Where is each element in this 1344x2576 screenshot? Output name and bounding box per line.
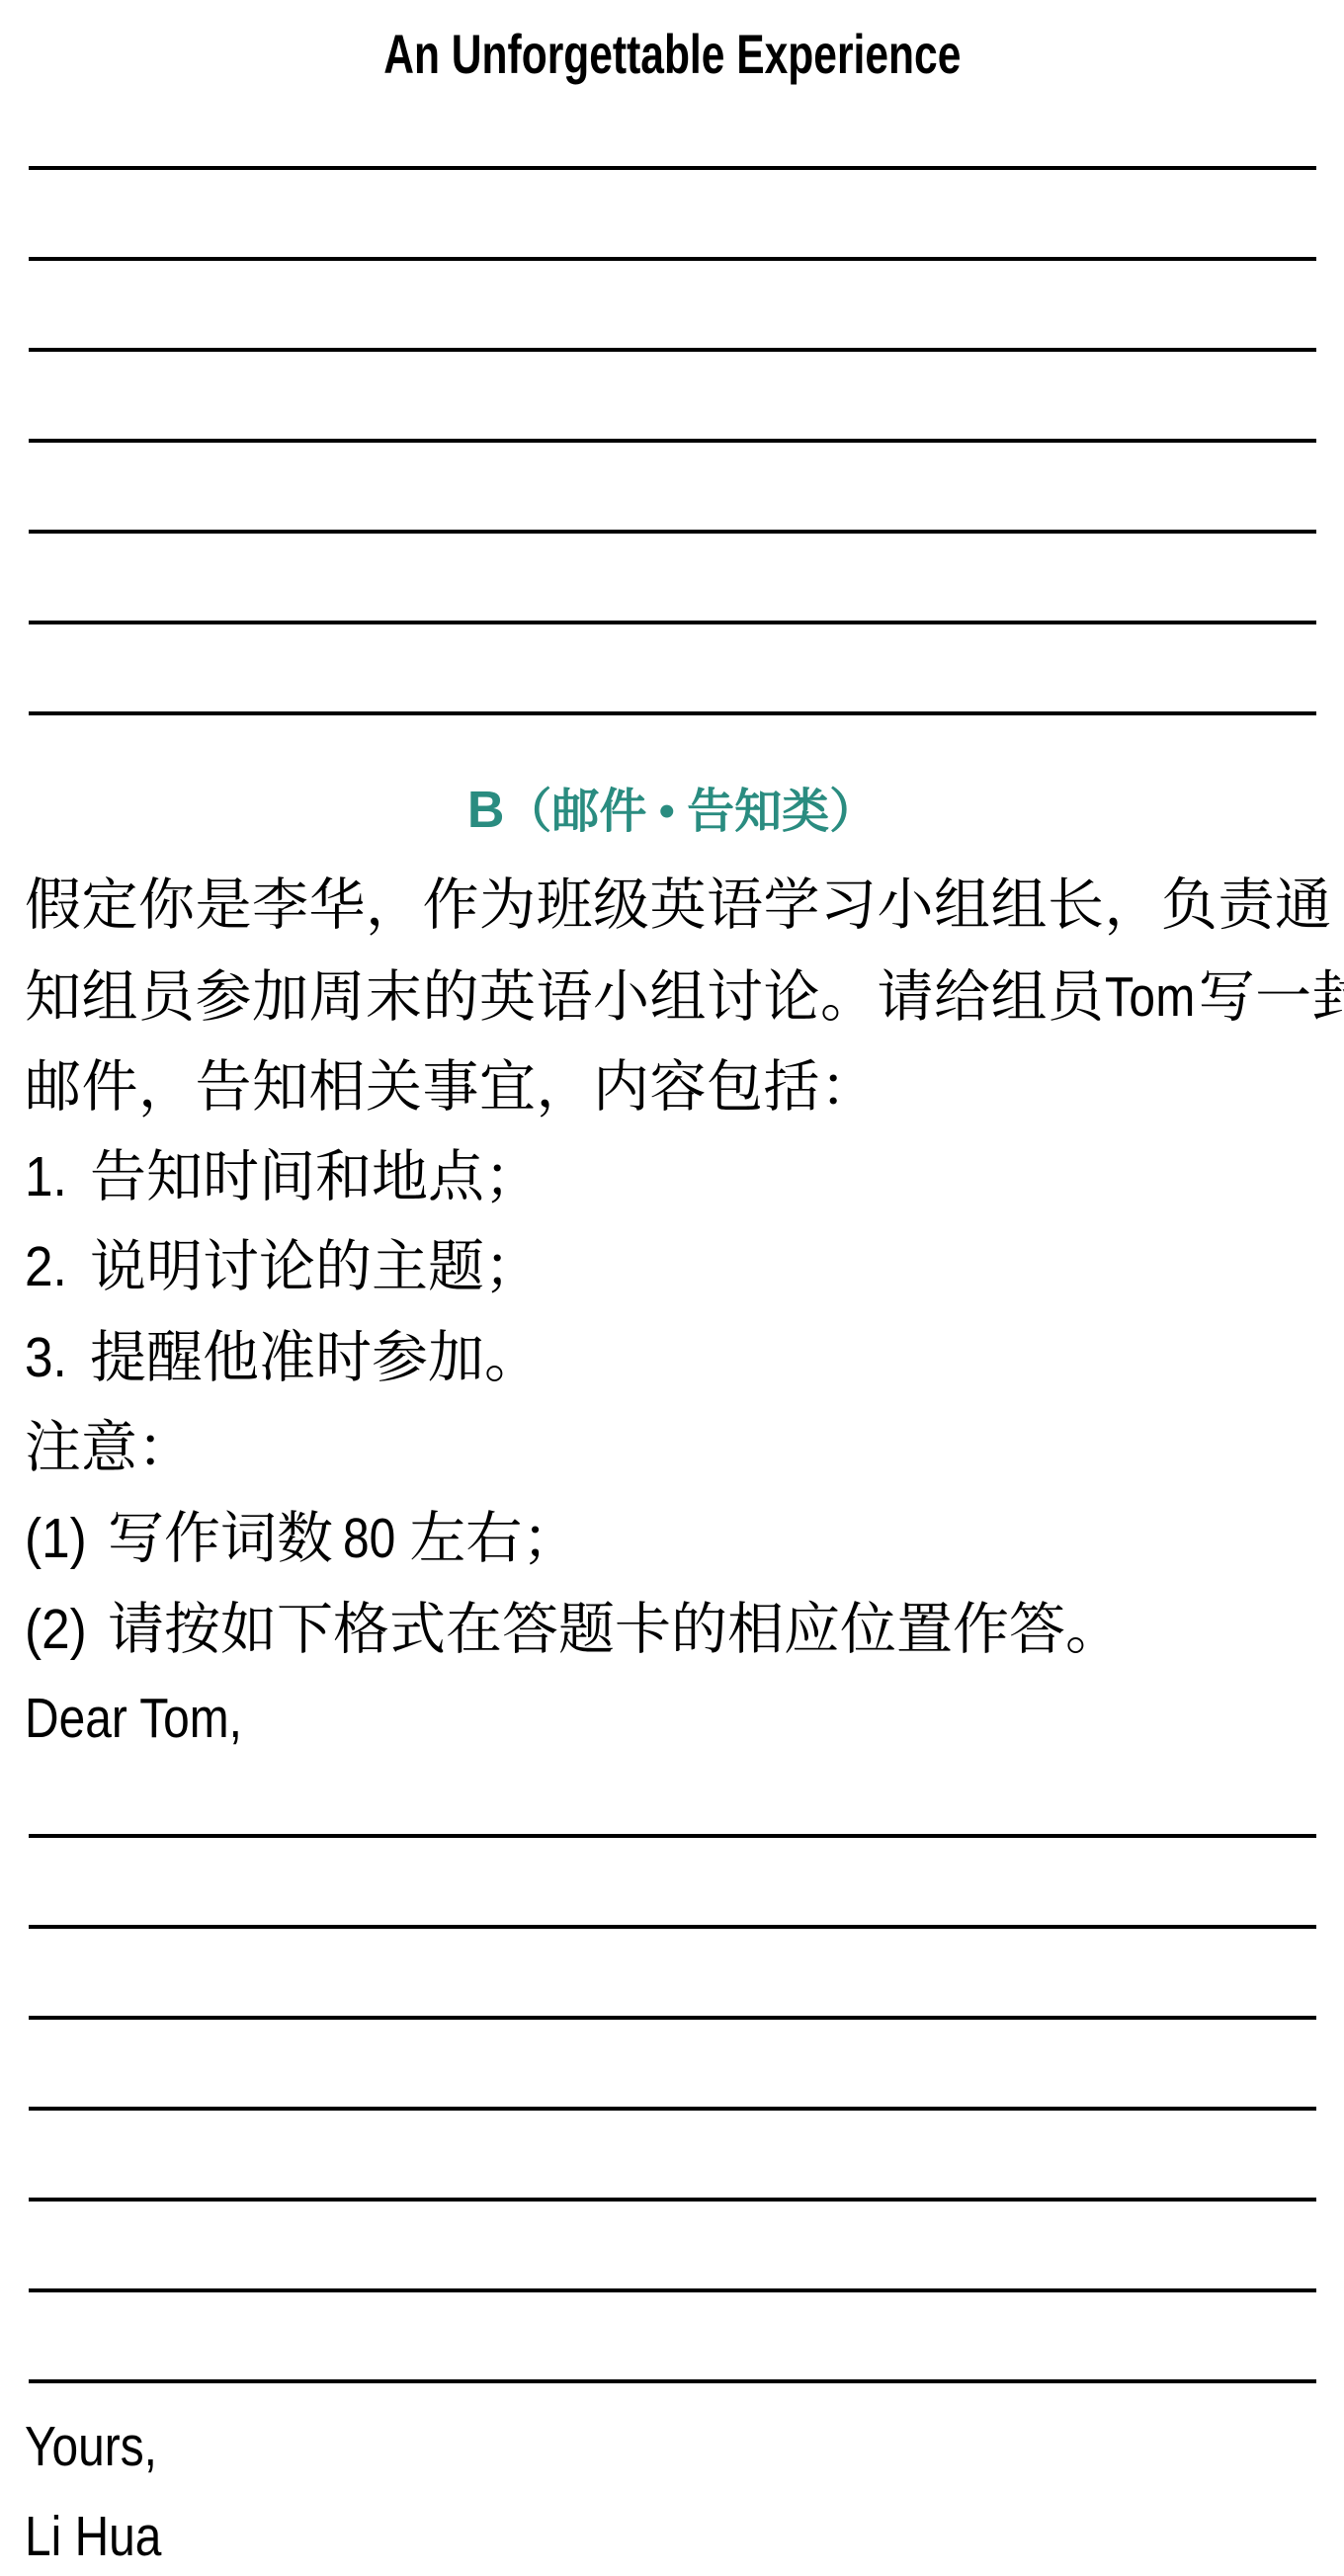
writing-line <box>29 1925 1316 1929</box>
prompt-line: 假定你是李华，作为班级英语学习小组组长，负责通 <box>25 861 1332 952</box>
note-item: (2)请按如下格式在答题卡的相应位置作答。 <box>25 1584 1122 1675</box>
prompt-line: 邮件，告知相关事宜，内容包括： <box>25 1042 878 1133</box>
requirement-item: 1.告知时间和地点； <box>25 1131 541 1222</box>
closing: Yours, <box>25 2401 183 2492</box>
requirement-item: 2.说明讨论的主题； <box>25 1221 541 1312</box>
writing-line <box>29 2107 1316 2111</box>
writing-line <box>29 621 1316 624</box>
writing-line <box>29 2198 1316 2202</box>
writing-line <box>29 2288 1316 2292</box>
writing-line <box>29 348 1316 352</box>
salutation: Dear Tom, <box>25 1673 284 1764</box>
writing-line <box>29 439 1316 443</box>
signature: Li Hua <box>25 2491 188 2576</box>
prompt-line: 知组员参加周末的英语小组讨论。请给组员Tom写一封 <box>25 952 1344 1042</box>
writing-line <box>29 257 1316 261</box>
writing-line <box>29 2379 1316 2383</box>
section-type: （邮件 • 告知类） <box>504 786 877 838</box>
section-letter: B <box>467 782 505 839</box>
notes-label: 注意： <box>25 1403 194 1494</box>
section-heading: B（邮件 • 告知类） <box>0 781 1344 840</box>
note-item: (1)写作词数80左右； <box>25 1493 578 1584</box>
writing-line <box>29 2016 1316 2020</box>
writing-line <box>29 711 1316 715</box>
writing-line <box>29 530 1316 534</box>
writing-line <box>29 1834 1316 1838</box>
requirement-item: 3.提醒他准时参加。 <box>25 1312 541 1403</box>
essay-title: An Unforgettable Experience <box>0 20 1344 89</box>
writing-line <box>29 166 1316 170</box>
